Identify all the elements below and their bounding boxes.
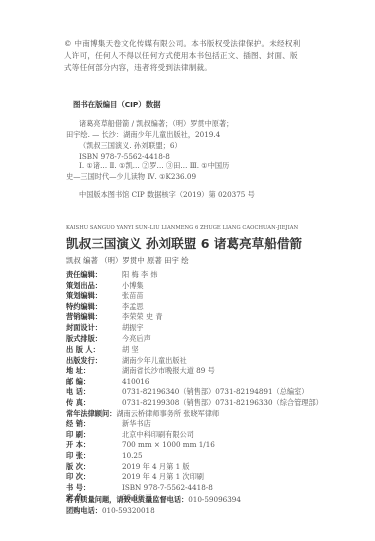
credit-label: 特约编辑： [66, 302, 122, 313]
pub-label: 常年法律顾问： [66, 409, 116, 420]
credit-value: 胡振宇 [122, 323, 144, 334]
pub-value: 胡 坚 [122, 345, 139, 356]
pub-label: 电 话： [66, 387, 122, 398]
pub-label: 开 本： [66, 440, 122, 451]
editorial-credits: 责任编辑：阳 梅 李 炜 策划出品：小博集 策划编辑：张苗苗 特约编辑：李孟思 … [66, 270, 356, 344]
pub-row: 地 址：湖南省长沙市晚报大道 89 号 [66, 366, 356, 377]
publishing-info: 出 版 人：胡 坚 出版发行：湖南少年儿童出版社 地 址：湖南省长沙市晚报大道 … [66, 345, 356, 504]
credit-value: 小博集 [122, 281, 144, 292]
pub-value: 2019 年 4 月第 1 版 [122, 462, 190, 473]
cip-line: （凯叔三国演义. 孙刘联盟；6） [66, 140, 346, 151]
pub-row: 传 真：0731-82199308（销售部）0731-82196330（综合管理… [66, 398, 356, 409]
pub-value: ISBN 978-7-5562-4418-8 [122, 483, 213, 494]
cip-classification: Ⅰ. ①诸… Ⅱ. ①凯… ②罗… ③田… Ⅲ. ①中国历 史—三国时代—少儿读… [66, 160, 346, 182]
pub-row: 经 销：新华书店 [66, 419, 356, 430]
credit-row: 版式排版：今亮后声 [66, 334, 356, 345]
quality-hotline-row: 若有质量问题，请致电质量监督电话：010-59096394 [66, 494, 241, 505]
credit-value: 阳 梅 李 炜 [122, 270, 158, 281]
group-purchase-label: 团购电话： [66, 505, 102, 516]
quality-hotline-number: 010-59096394 [188, 494, 241, 505]
pub-label: 版 次： [66, 462, 122, 473]
book-authors: 凯叔 编著 （明）罗贯中 原著 田宇 绘 [66, 255, 189, 266]
classification-line: Ⅰ. ①诸… Ⅱ. ①凯… ②罗… ③田… Ⅲ. ①中国历 [66, 160, 346, 171]
pub-row: 书 号：ISBN 978-7-5562-4418-8 [66, 483, 356, 494]
pub-value: 0731-82196340（销售部）0731-82194891（总编室） [122, 387, 308, 398]
classification-line: 史—三国时代—少儿读物 Ⅳ. ①K236.09 [66, 171, 346, 182]
credit-row: 责任编辑：阳 梅 李 炜 [66, 270, 356, 281]
pub-row: 出 版 人：胡 坚 [66, 345, 356, 356]
contact-info: 若有质量问题，请致电质量监督电话：010-59096394 团购电话：010-5… [66, 494, 241, 516]
credit-label: 营销编辑： [66, 312, 122, 323]
cip-record-number: 中国版本图书馆 CIP 数据核字（2019）第 020375 号 [79, 190, 255, 200]
pub-row: 邮 编：410016 [66, 377, 356, 388]
credit-value: 李荣荣 史 青 [122, 312, 163, 323]
pub-row: 印 张：10.25 [66, 451, 356, 462]
pub-label: 印 次： [66, 472, 122, 483]
pub-label: 地 址： [66, 366, 122, 377]
pub-value: 10.25 [122, 451, 143, 462]
pub-value: 700 mm × 1000 mm 1/16 [122, 440, 215, 451]
pub-label: 经 销： [66, 419, 122, 430]
pub-value: 0731-82199308（销售部）0731-82196330（综合管理部） [122, 398, 323, 409]
group-purchase-number: 010-59320018 [102, 505, 155, 516]
pub-label: 印 张： [66, 451, 122, 462]
pub-row: 开 本：700 mm × 1000 mm 1/16 [66, 440, 356, 451]
pub-label: 传 真： [66, 398, 122, 409]
pub-row: 出版发行：湖南少年儿童出版社 [66, 356, 356, 367]
pub-row: 常年法律顾问：湖南云桥律师事务所 张晓军律师 [66, 409, 356, 420]
credit-row: 营销编辑：李荣荣 史 青 [66, 312, 356, 323]
pub-value: 410016 [122, 377, 149, 388]
credit-row: 策划编辑：张苗苗 [66, 291, 356, 302]
pub-label: 印 刷： [66, 430, 122, 441]
credit-label: 责任编辑： [66, 270, 122, 281]
pub-row: 版 次：2019 年 4 月第 1 版 [66, 462, 356, 473]
pub-row: 印 次：2019 年 4 月第 1 次印刷 [66, 472, 356, 483]
credit-row: 特约编辑：李孟思 [66, 302, 356, 313]
credit-row: 策划出品：小博集 [66, 281, 356, 292]
copyright-notice: © 中南博集天卷文化传媒有限公司。本书版权受法律保护。未经权利人许可，任何人不得… [64, 38, 304, 74]
pub-value: 湖南云桥律师事务所 张晓军律师 [116, 409, 219, 420]
pub-label: 出 版 人： [66, 345, 122, 356]
pub-row: 电 话：0731-82196340（销售部）0731-82194891（总编室） [66, 387, 356, 398]
cip-line: 诸葛亮草船借箭 / 凯叔编著；（明）罗贯中原著； [66, 118, 346, 129]
quality-hotline-label: 若有质量问题，请致电质量监督电话： [66, 494, 188, 505]
book-title: 凯叔三国演义 孙刘联盟 6 诸葛亮草船借箭 [66, 233, 302, 252]
credit-label: 版式排版： [66, 334, 122, 345]
cip-heading: 图书在版编目（CIP）数据 [73, 99, 161, 110]
credit-value: 李孟思 [122, 302, 144, 313]
cip-record: 诸葛亮草船借箭 / 凯叔编著；（明）罗贯中原著； 田宇绘. — 长沙：湖南少年儿… [66, 118, 346, 162]
credit-value: 张苗苗 [122, 291, 144, 302]
pub-value: 新华书店 [122, 419, 151, 430]
credit-row: 封面设计：胡振宇 [66, 323, 356, 334]
pub-value: 湖南省长沙市晚报大道 89 号 [122, 366, 215, 377]
pub-label: 邮 编： [66, 377, 122, 388]
credit-value: 今亮后声 [122, 334, 151, 345]
credit-label: 封面设计： [66, 323, 122, 334]
pub-value: 2019 年 4 月第 1 次印刷 [122, 472, 204, 483]
cip-line: 田宇绘. — 长沙：湖南少年儿童出版社，2019.4 [66, 129, 346, 140]
pub-label: 出版发行： [66, 356, 122, 367]
group-purchase-row: 团购电话：010-59320018 [66, 505, 241, 516]
pub-value: 北京中科印刷有限公司 [122, 430, 194, 441]
pub-label: 书 号： [66, 483, 122, 494]
credit-label: 策划编辑： [66, 291, 122, 302]
book-title-pinyin: KAISHU SANGUO YANYI SUN-LIU LIANMENG 6 Z… [66, 225, 298, 231]
pub-row: 印 刷：北京中科印刷有限公司 [66, 430, 356, 441]
credit-label: 策划出品： [66, 281, 122, 292]
pub-value: 湖南少年儿童出版社 [122, 356, 187, 367]
